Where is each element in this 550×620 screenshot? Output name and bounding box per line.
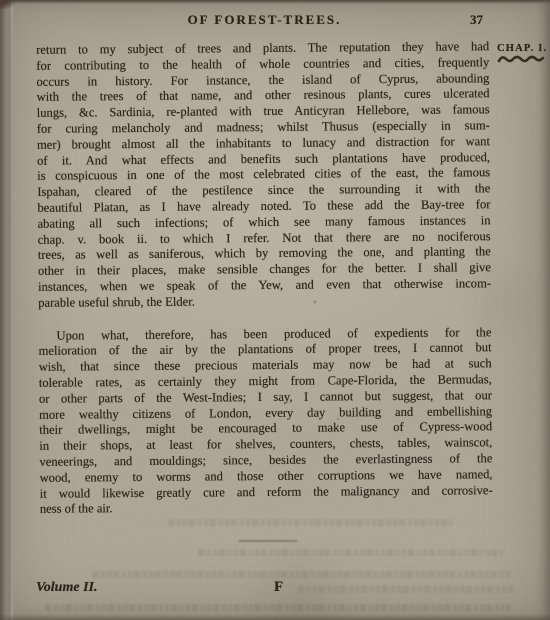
volume-label: Volume II. bbox=[36, 580, 97, 596]
page-edge-right bbox=[537, 0, 550, 620]
page-number: 37 bbox=[470, 12, 500, 28]
bleedthrough-line bbox=[45, 604, 510, 611]
chapter-flourish-icon bbox=[497, 54, 545, 66]
chapter-margin-note: CHAP. I. bbox=[497, 43, 547, 54]
bleedthrough-line bbox=[198, 549, 503, 556]
book-page-scan: OF FOREST-TREES. 37 CHAP. I. return to m… bbox=[0, 0, 550, 620]
paragraph: Upon what, therefore, has been produced … bbox=[38, 325, 492, 518]
page-edge-top bbox=[0, 0, 550, 4]
page-corner-shadow bbox=[0, 0, 16, 10]
signature-mark: F bbox=[274, 579, 283, 596]
page-body: return to my subject of trees and plants… bbox=[36, 39, 493, 518]
page-edge-bottom bbox=[0, 614, 550, 620]
text-line: parable useful shrub, the Elder. bbox=[38, 292, 491, 311]
running-header-title: OF FOREST-TREES. bbox=[38, 12, 491, 28]
bleedthrough-line bbox=[168, 519, 453, 526]
bleedthrough-line bbox=[92, 571, 512, 578]
bleedthrough-rule bbox=[239, 540, 297, 542]
paragraph: return to my subject of trees and plants… bbox=[36, 39, 491, 311]
bleedthrough-line bbox=[298, 586, 513, 593]
text-line: ness of the air. bbox=[40, 499, 493, 518]
page-edge-left bbox=[0, 0, 14, 620]
